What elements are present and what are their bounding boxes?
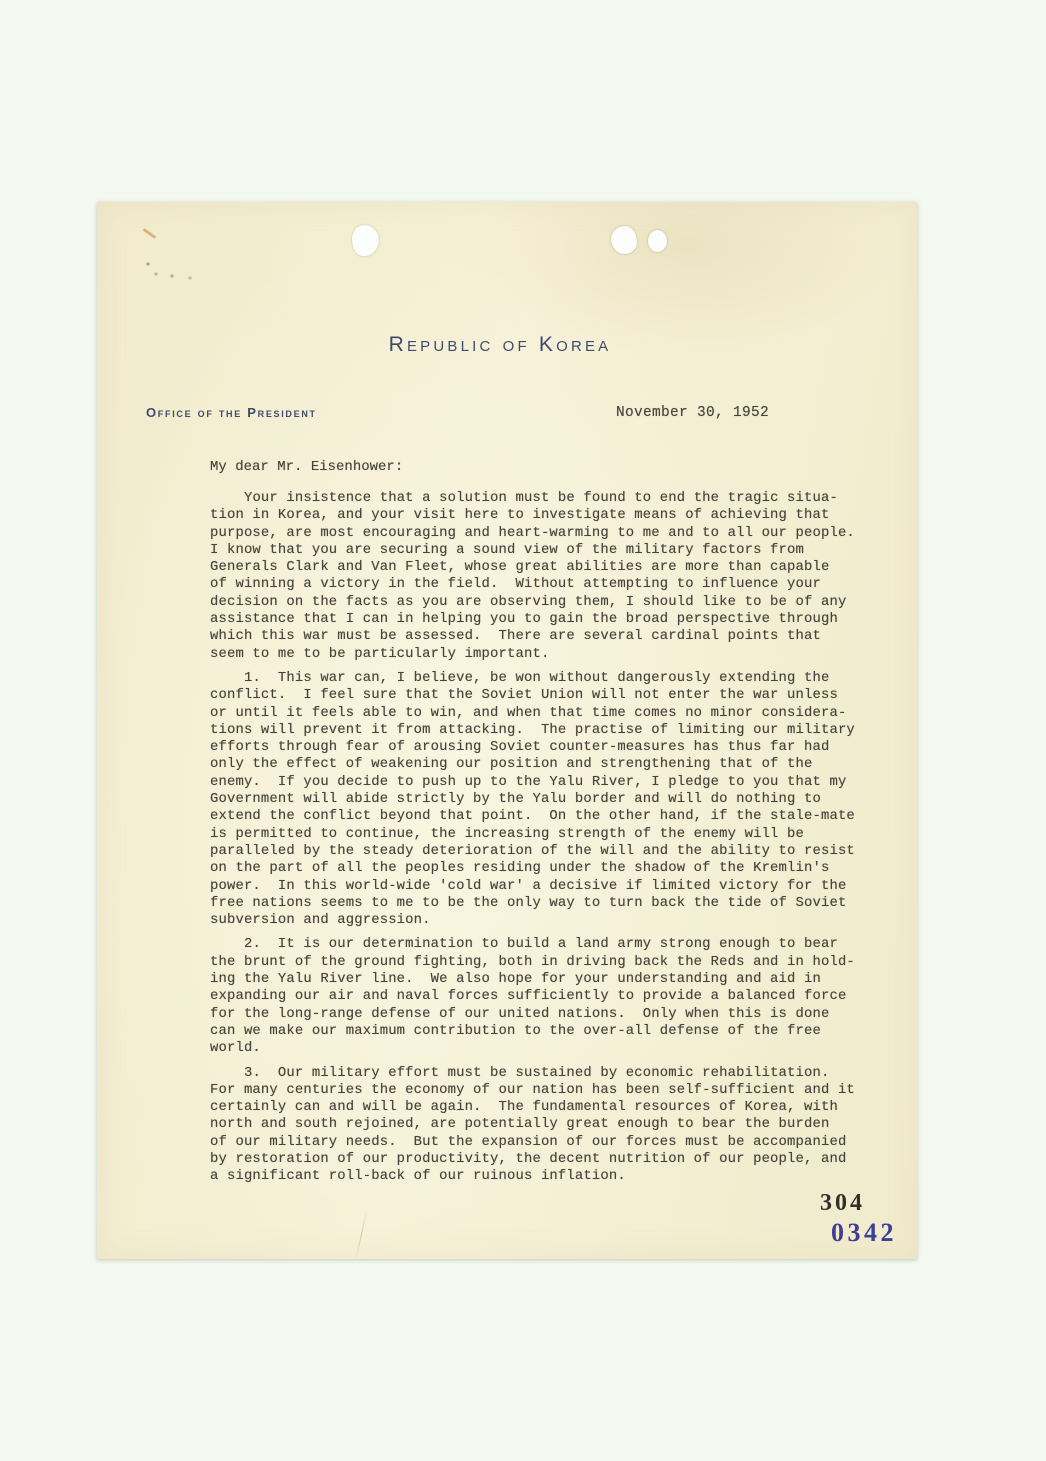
archive-number-stamp: 0342	[831, 1218, 897, 1248]
punch-hole	[648, 230, 667, 252]
letter-body: Your insistence that a solution must be …	[210, 490, 890, 1193]
paper-stain	[142, 228, 156, 239]
paper-crease	[356, 1208, 368, 1259]
paragraph-intro: Your insistence that a solution must be …	[210, 490, 890, 663]
scan-background: { "letterhead": { "organization": "Repub…	[0, 0, 1046, 1461]
punch-hole	[350, 223, 381, 257]
salutation: My dear Mr. Eisenhower:	[210, 459, 403, 475]
letter-page: Republic of Korea Office of the Presiden…	[97, 202, 917, 1259]
paragraph-point-3: 3. Our military effort must be sustained…	[210, 1065, 890, 1186]
paragraph-point-2: 2. It is our determination to build a la…	[210, 936, 890, 1057]
pencil-mark	[141, 256, 205, 284]
letter-date: November 30, 1952	[616, 405, 769, 421]
punch-hole	[611, 226, 637, 254]
folio-number-stamp: 304	[820, 1190, 865, 1217]
paragraph-point-1: 1. This war can, I believe, be won witho…	[210, 670, 890, 929]
letterhead-title: Republic of Korea	[97, 333, 903, 357]
letterhead-office: Office of the President	[146, 405, 317, 420]
